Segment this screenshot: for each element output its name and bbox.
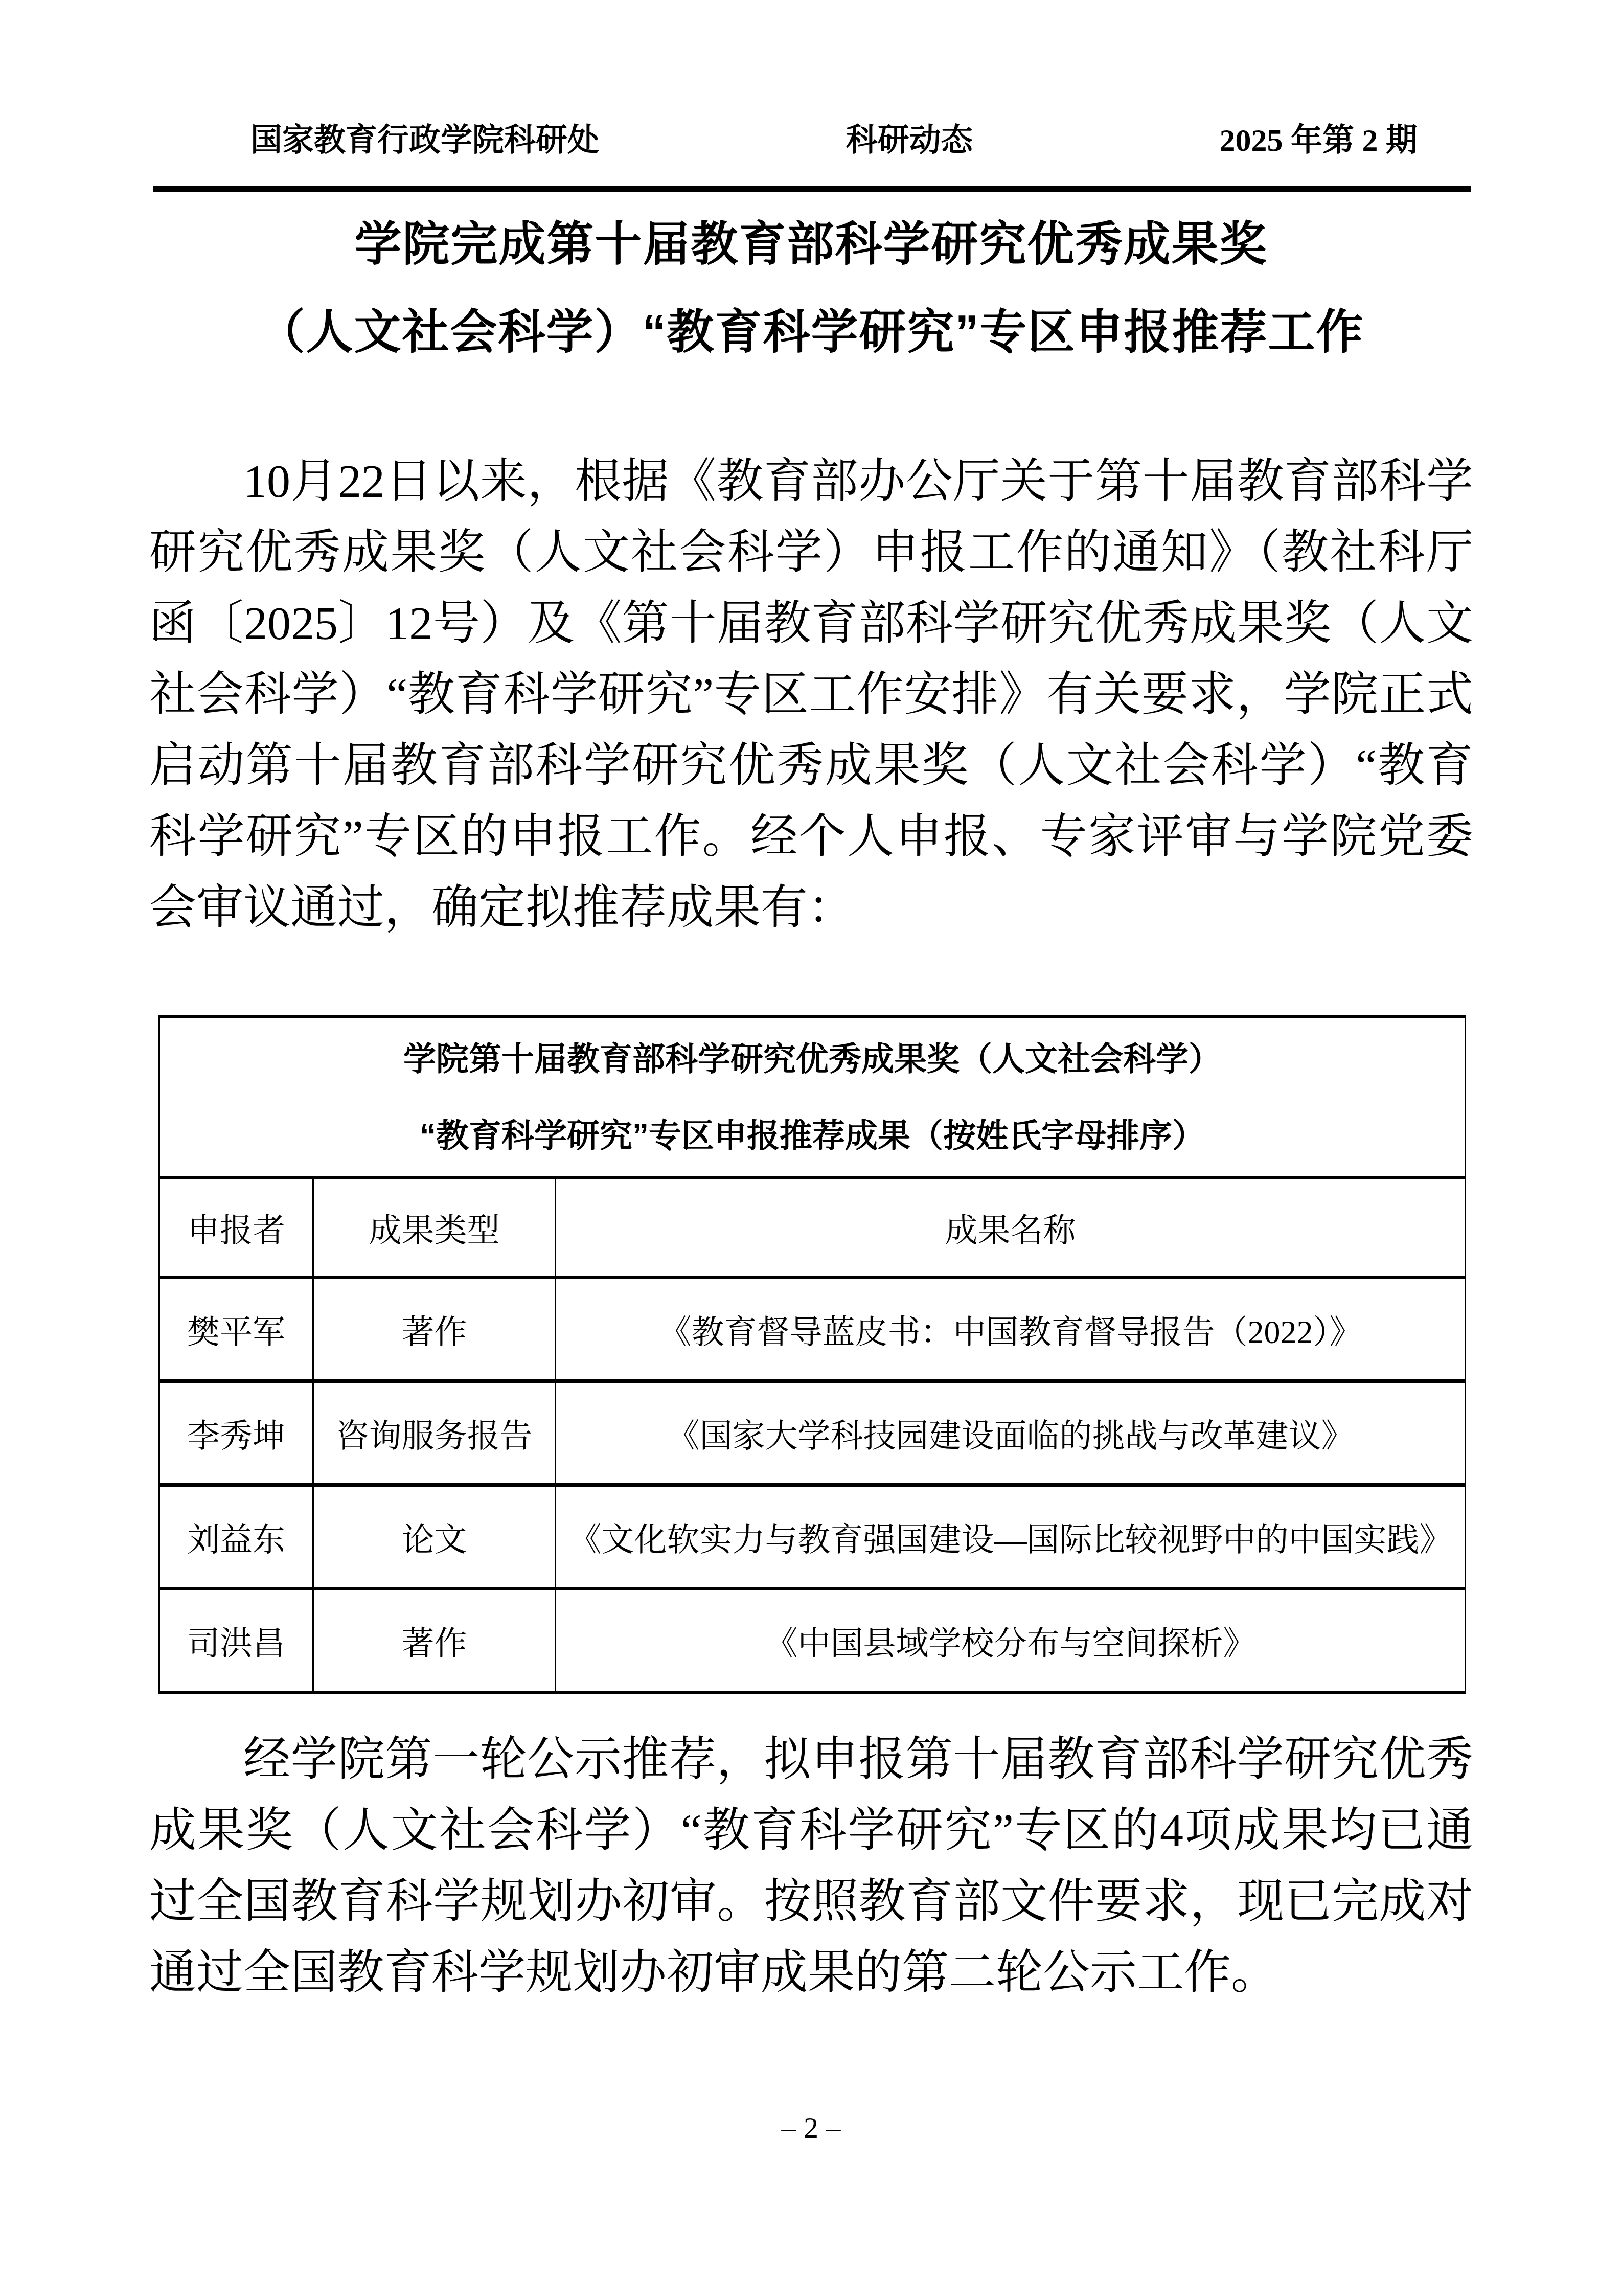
paragraph-closing: 经学院第一轮公示推荐，拟申报第十届教育部科学研究优秀成果奖（人文社会科学）“教育…: [149, 1724, 1473, 2008]
cell-applicant: 司洪昌: [159, 1589, 313, 1693]
running-header: 国家教育行政学院科研处 科研动态 2025 年第 2 期: [250, 122, 1418, 160]
column-header-result-title: 成果名称: [556, 1178, 1466, 1278]
cell-result-title: 《教育督导蓝皮书：中国教育督导报告（2022）》: [556, 1278, 1466, 1381]
cell-result-type: 著作: [313, 1278, 556, 1381]
cell-result-title: 《文化软实力与教育强国建设—国际比较视野中的中国实践》: [556, 1485, 1466, 1589]
recommended-results-table: 学院第十届教育部科学研究优秀成果奖（人文社会科学） “教育科学研究”专区申报推荐…: [158, 1015, 1466, 1694]
header-issuer: 国家教育行政学院科研处: [250, 122, 599, 160]
table-header-row: 申报者 成果类型 成果名称: [159, 1178, 1466, 1278]
page-title-line1: 学院完成第十届教育部科学研究优秀成果奖: [0, 200, 1622, 288]
table-caption-line2: “教育科学研究”专区申报推荐成果（按姓氏字母排序）: [165, 1097, 1459, 1174]
cell-applicant: 樊平军: [159, 1278, 313, 1381]
table-caption-line1: 学院第十届教育部科学研究优秀成果奖（人文社会科学）: [165, 1020, 1459, 1097]
cell-result-type: 著作: [313, 1589, 556, 1693]
header-newsletter-name: 科研动态: [846, 122, 973, 160]
cell-applicant: 刘益东: [159, 1485, 313, 1589]
table-row: 司洪昌 著作 《中国县域学校分布与空间探析》: [159, 1589, 1466, 1693]
cell-result-title: 《国家大学科技园建设面临的挑战与改革建议》: [556, 1381, 1466, 1485]
header-issue-number: 2025 年第 2 期: [1219, 122, 1418, 160]
column-header-applicant: 申报者: [159, 1178, 313, 1278]
header-divider-rule: [153, 186, 1471, 192]
column-header-result-type: 成果类型: [313, 1178, 556, 1278]
cell-result-type: 论文: [313, 1485, 556, 1589]
table-caption-row: 学院第十届教育部科学研究优秀成果奖（人文社会科学） “教育科学研究”专区申报推荐…: [159, 1017, 1466, 1178]
table-row: 樊平军 著作 《教育督导蓝皮书：中国教育督导报告（2022）》: [159, 1278, 1466, 1381]
page-number: – 2 –: [0, 2110, 1622, 2145]
cell-applicant: 李秀坤: [159, 1381, 313, 1485]
document-page: 国家教育行政学院科研处 科研动态 2025 年第 2 期 学院完成第十届教育部科…: [0, 0, 1622, 2296]
page-title: 学院完成第十届教育部科学研究优秀成果奖 （人文社会科学）“教育科学研究”专区申报…: [0, 200, 1622, 376]
paragraph-intro: 10月22日以来，根据《教育部办公厅关于第十届教育部科学研究优秀成果奖（人文社会…: [149, 446, 1473, 943]
cell-result-type: 咨询服务报告: [313, 1381, 556, 1485]
table-caption: 学院第十届教育部科学研究优秀成果奖（人文社会科学） “教育科学研究”专区申报推荐…: [159, 1017, 1466, 1178]
table-row: 刘益东 论文 《文化软实力与教育强国建设—国际比较视野中的中国实践》: [159, 1485, 1466, 1589]
cell-result-title: 《中国县域学校分布与空间探析》: [556, 1589, 1466, 1693]
page-title-line2: （人文社会科学）“教育科学研究”专区申报推荐工作: [0, 288, 1622, 376]
table-row: 李秀坤 咨询服务报告 《国家大学科技园建设面临的挑战与改革建议》: [159, 1381, 1466, 1485]
